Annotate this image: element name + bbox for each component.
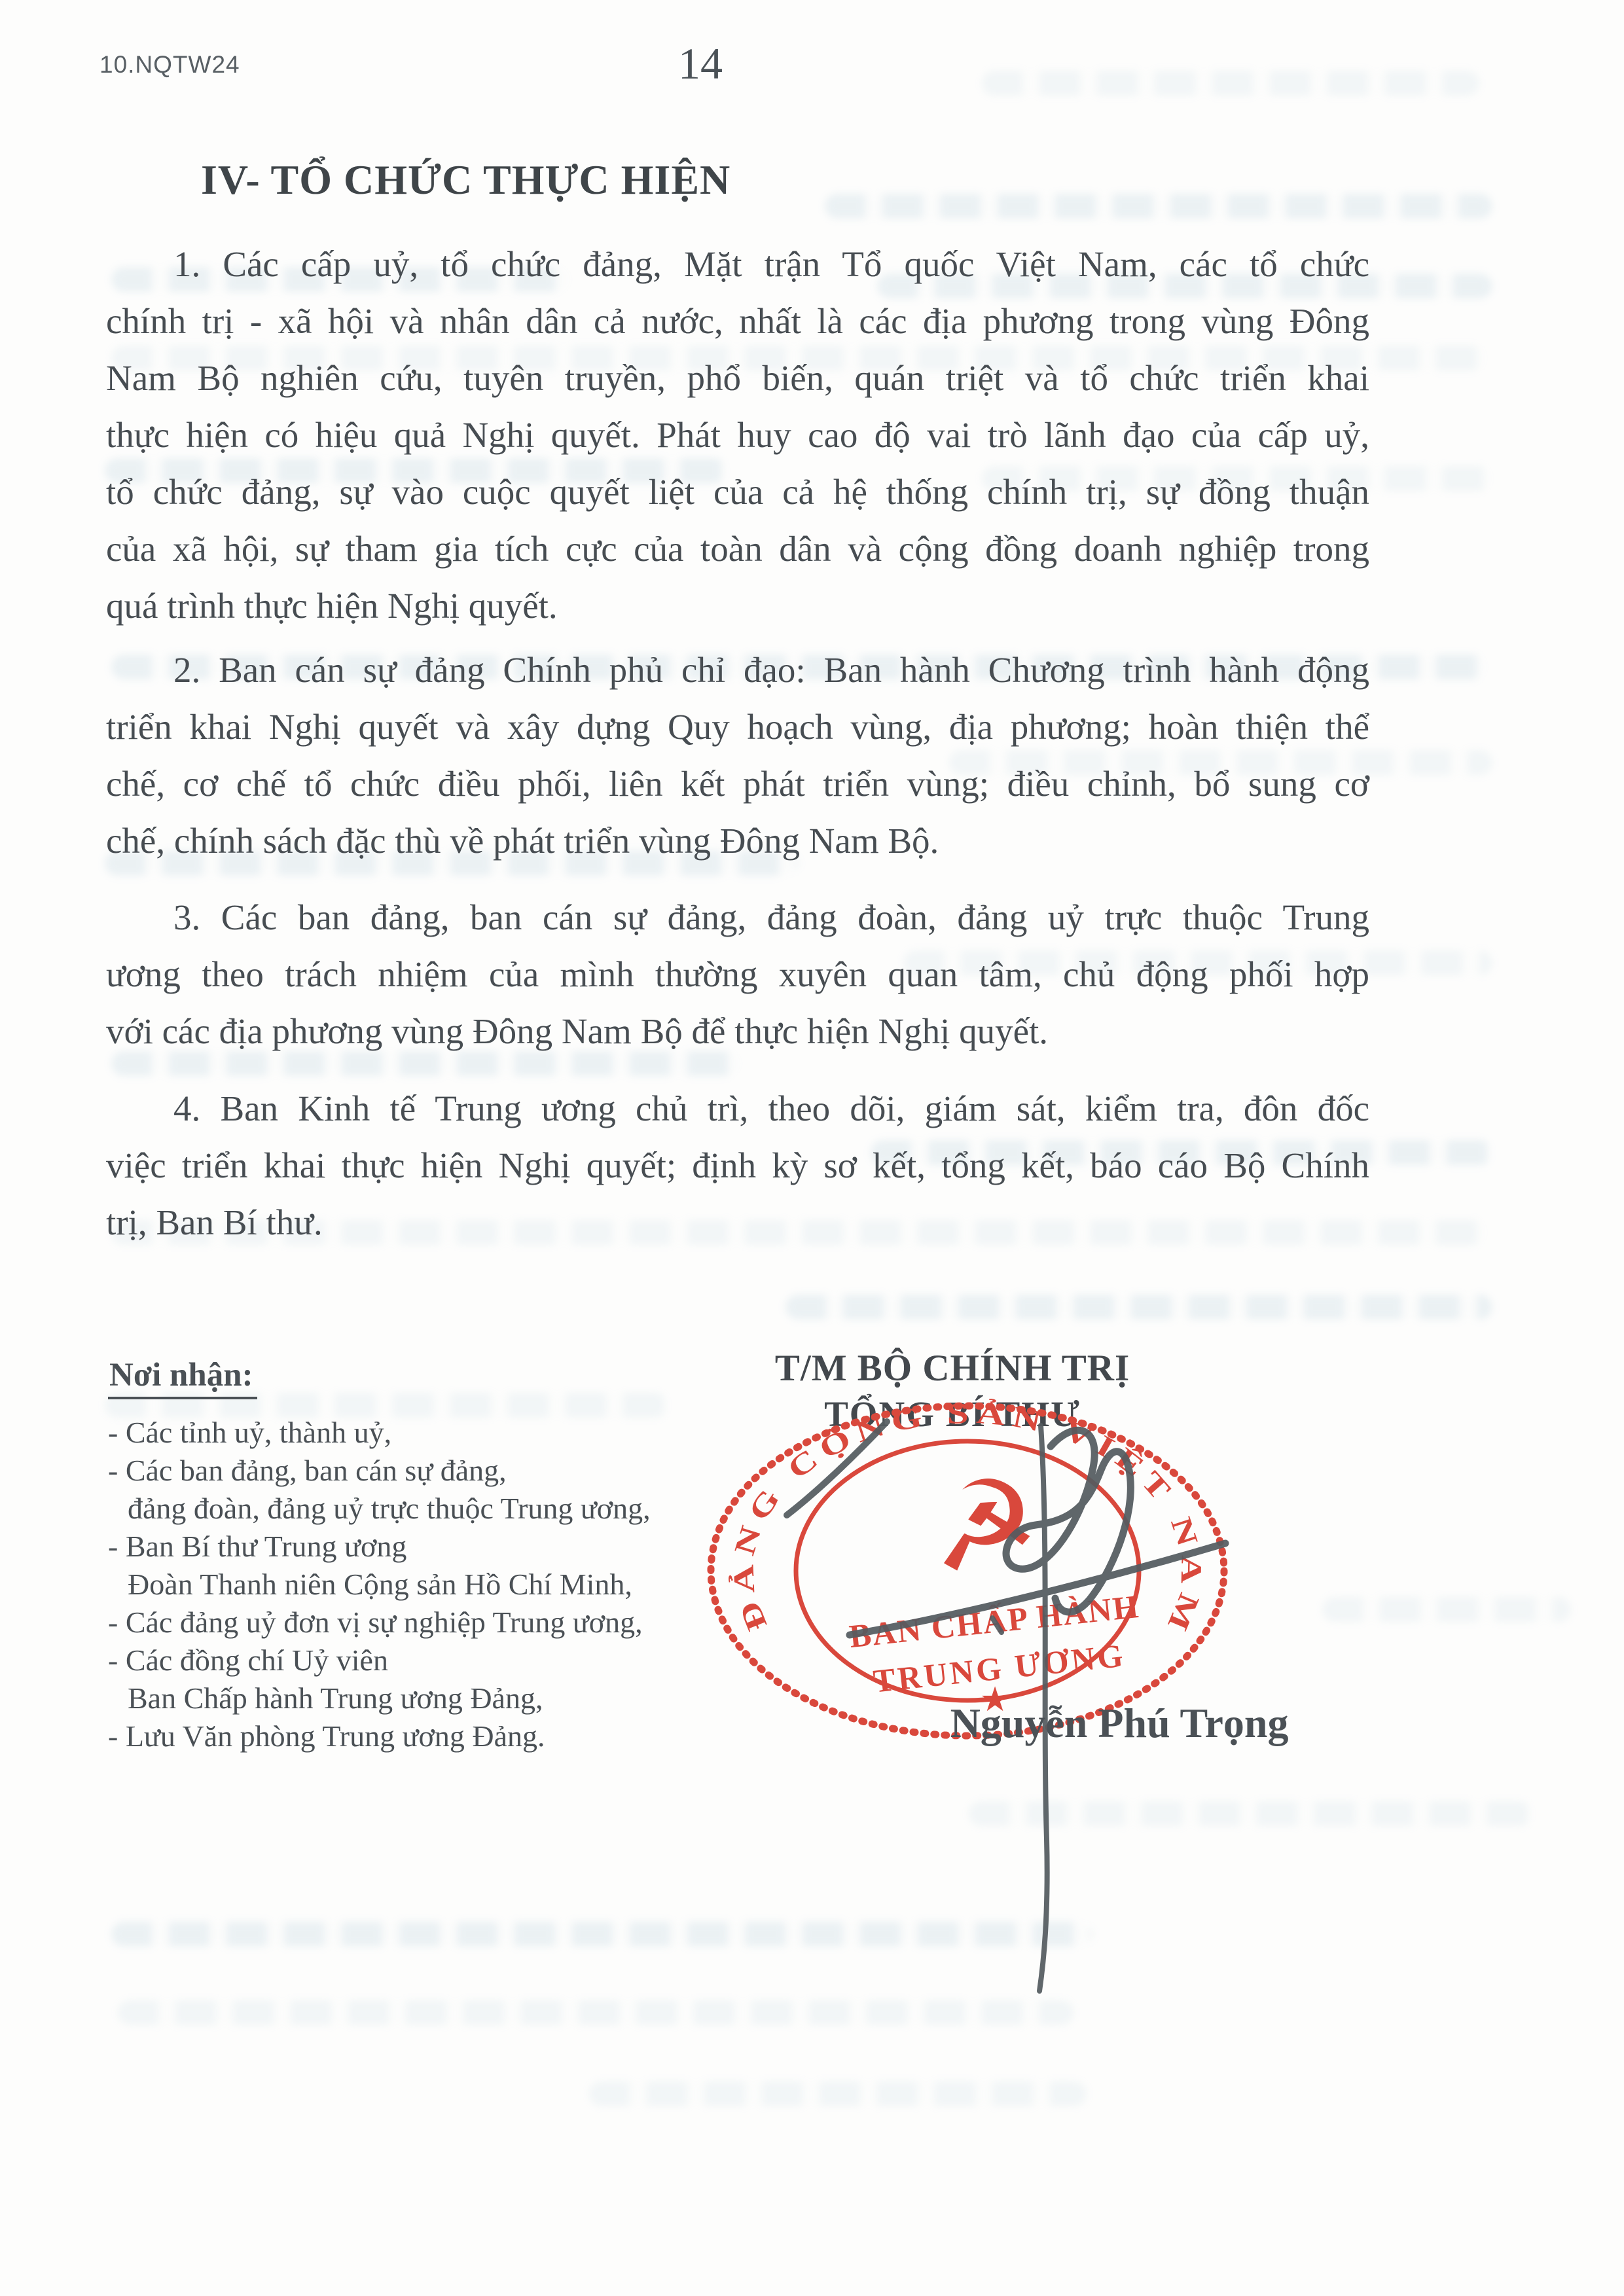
body-line: quá trình thực hiện Nghị quyết. [106,577,1369,634]
signer-name: Nguyễn Phú Trọng [871,1699,1368,1748]
body-line: thực hiện có hiệu quả Nghị quyết. Phát h… [106,406,1369,463]
body-line: triển khai Nghị quyết và xây dựng Quy ho… [106,698,1369,755]
body-line: ương theo trách nhiệm của mình thường xu… [106,946,1369,1003]
recipient-item: - Các tỉnh uỷ, thành uỷ, [108,1414,730,1452]
body-line: chế, cơ chế tổ chức điều phối, liên kết … [106,755,1369,812]
paragraph-3: 3. Các ban đảng, ban cán sự đảng, đảng đ… [106,889,1369,1060]
recipient-item: Ban Chấp hành Trung ương Đảng, [108,1679,730,1717]
recipient-item: - Các đảng uỷ đơn vị sự nghiệp Trung ươn… [108,1604,730,1641]
recipient-item: đảng đoàn, đảng uỷ trực thuộc Trung ương… [108,1490,730,1528]
document-code: 10.NQTW24 [99,51,240,79]
section-heading: IV- TỔ CHỨC THỰC HIỆN [201,156,731,204]
body-line: chính trị - xã hội và nhân dân cả nước, … [106,293,1369,350]
recipients-block: Nơi nhận: - Các tỉnh uỷ, thành uỷ,- Các … [108,1356,730,1755]
scanned-document-page: 10.NQTW24 14 IV- TỔ CHỨC THỰC HIỆN 1. Cá… [0,0,1624,2296]
recipients-title: Nơi nhận: [108,1356,257,1399]
body-line: chế, chính sách đặc thù về phát triển vù… [106,812,1369,869]
body-line: của xã hội, sự tham gia tích cực của toà… [106,520,1369,577]
body-line: 2. Ban cán sự đảng Chính phủ chỉ đạo: Ba… [106,641,1369,698]
page-number: 14 [655,38,746,90]
recipient-item: Đoàn Thanh niên Cộng sản Hồ Chí Minh, [108,1566,730,1604]
recipient-item: - Ban Bí thư Trung ương [108,1528,730,1566]
recipient-item: - Lưu Văn phòng Trung ương Đảng. [108,1717,730,1755]
paragraph-4: 4. Ban Kinh tế Trung ương chủ trì, theo … [106,1080,1369,1251]
body-line: trị, Ban Bí thư. [106,1194,1369,1251]
recipient-item: - Các ban đảng, ban cán sự đảng, [108,1452,730,1490]
body-line: tổ chức đảng, sự vào cuộc quyết liệt của… [106,463,1369,520]
recipient-item: - Các đồng chí Uỷ viên [108,1641,730,1679]
signing-authority: T/M BỘ CHÍNH TRỊ [723,1347,1182,1390]
body-line: 4. Ban Kinh tế Trung ương chủ trì, theo … [106,1080,1369,1137]
recipients-list: - Các tỉnh uỷ, thành uỷ,- Các ban đảng, … [108,1414,730,1755]
paragraph-1: 1. Các cấp uỷ, tổ chức đảng, Mặt trận Tổ… [106,236,1369,634]
body-line: 3. Các ban đảng, ban cán sự đảng, đảng đ… [106,889,1369,946]
body-line: với các địa phương vùng Đông Nam Bộ để t… [106,1003,1369,1060]
body-line: 1. Các cấp uỷ, tổ chức đảng, Mặt trận Tổ… [106,236,1369,293]
paragraph-2: 2. Ban cán sự đảng Chính phủ chỉ đạo: Ba… [106,641,1369,869]
body-line: việc triển khai thực hiện Nghị quyết; đị… [106,1137,1369,1194]
body-line: Nam Bộ nghiên cứu, tuyên truyền, phổ biế… [106,350,1369,406]
